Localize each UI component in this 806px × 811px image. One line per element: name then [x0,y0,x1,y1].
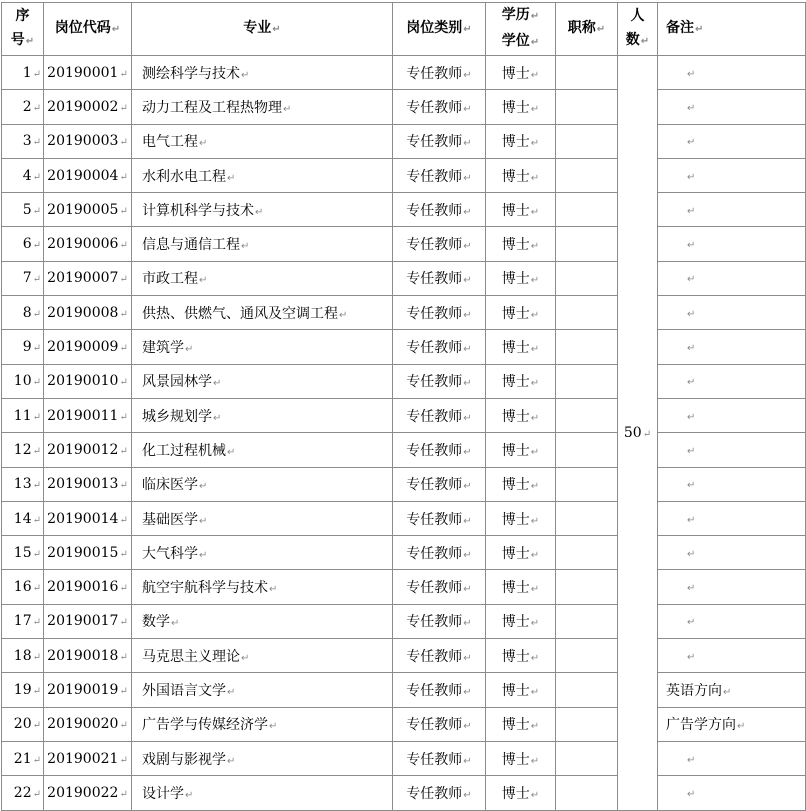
paragraph-mark-icon: ↵ [33,720,41,731]
cell-code: 20190008↵ [44,296,132,330]
recruitment-table: 序号↵ 岗位代码↵ 专业↵ 岗位类别↵ 学历↵学位↵ 职称↵ 人数↵ 备注↵ 1… [1,2,806,810]
cell-degree-text: 博士 [502,649,530,665]
cell-major: 设计学↵ [132,776,393,810]
cell-degree: 博士↵ [486,227,556,261]
cell-degree-text: 博士 [502,306,530,322]
table-row: 1↵20190001↵测绘科学与技术↵专任教师↵博士↵50↵↵ [2,56,806,90]
cell-no: 1↵ [2,56,44,90]
table-row: 7↵20190007↵市政工程↵专任教师↵博士↵↵ [2,261,806,295]
paragraph-mark-icon: ↵ [33,69,41,80]
cell-major-text: 外国语言文学 [142,683,226,699]
cell-no-text: 1 [23,65,32,81]
paragraph-mark-icon: ↵ [463,584,471,595]
cell-type: 专任教师↵ [393,707,486,741]
paragraph-mark-icon: ↵ [531,413,539,424]
paragraph-mark-icon: ↵ [119,720,127,731]
cell-no: 5↵ [2,193,44,227]
cell-code-text: 20190021 [47,751,118,767]
cell-degree: 博士↵ [486,398,556,432]
paragraph-mark-icon: ↵ [531,790,539,801]
cell-no-text: 10 [14,373,32,389]
paragraph-mark-icon: ↵ [119,274,127,285]
paragraph-mark-icon: ↵ [687,274,695,285]
paragraph-mark-icon: ↵ [687,480,695,491]
cell-note: ↵ [658,90,806,124]
cell-type: 专任教师↵ [393,467,486,501]
table-row: 12↵20190012↵化工过程机械↵专任教师↵博士↵↵ [2,433,806,467]
paragraph-mark-icon: ↵ [531,70,539,81]
cell-major-text: 建筑学 [142,340,184,356]
paragraph-mark-icon: ↵ [463,618,471,629]
paragraph-mark-icon: ↵ [687,137,695,148]
cell-no-text: 8 [23,305,32,321]
paragraph-mark-icon: ↵ [119,103,127,114]
paragraph-mark-icon: ↵ [687,617,695,628]
paragraph-mark-icon: ↵ [339,310,347,321]
paragraph-mark-icon: ↵ [687,343,695,354]
table-row: 14↵20190014↵基础医学↵专任教师↵博士↵↵ [2,501,806,535]
paragraph-mark-icon: ↵ [463,173,471,184]
paragraph-mark-icon: ↵ [463,447,471,458]
cell-note: ↵ [658,501,806,535]
paragraph-mark-icon: ↵ [199,138,207,149]
cell-major: 广告学与传媒经济学↵ [132,707,393,741]
cell-degree: 博士↵ [486,570,556,604]
cell-note-text: 英语方向 [666,683,722,699]
paragraph-mark-icon: ↵ [199,516,207,527]
paragraph-mark-icon: ↵ [119,240,127,251]
paragraph-mark-icon: ↵ [531,378,539,389]
paragraph-mark-icon: ↵ [119,515,127,526]
paragraph-mark-icon: ↵ [531,550,539,561]
header-note: 备注↵ [658,3,806,56]
cell-code-text: 20190007 [47,270,118,286]
table-body: 1↵20190001↵测绘科学与技术↵专任教师↵博士↵50↵↵2↵2019000… [2,56,806,811]
paragraph-mark-icon: ↵ [119,480,127,491]
cell-code: 20190011↵ [44,398,132,432]
cell-degree: 博士↵ [486,707,556,741]
paragraph-mark-icon: ↵ [531,447,539,458]
paragraph-mark-icon: ↵ [531,104,539,115]
cell-no-text: 3 [23,133,32,149]
cell-major-text: 电气工程 [142,134,198,150]
cell-major-text: 化工过程机械 [142,443,226,459]
paragraph-mark-icon: ↵ [33,789,41,800]
cell-degree: 博士↵ [486,673,556,707]
header-title-label: 职称 [568,20,596,36]
cell-type-text: 专任教师 [406,683,462,699]
cell-no-text: 11 [14,408,32,424]
cell-type: 专任教师↵ [393,501,486,535]
cell-degree: 博士↵ [486,193,556,227]
paragraph-mark-icon: ↵ [531,756,539,767]
cell-title [556,261,618,295]
paragraph-mark-icon: ↵ [531,275,539,286]
cell-no-text: 7 [23,270,32,286]
cell-no: 21↵ [2,741,44,775]
cell-note: ↵ [658,158,806,192]
cell-degree-text: 博士 [502,409,530,425]
paragraph-mark-icon: ↵ [119,69,127,80]
paragraph-mark-icon: ↵ [227,756,235,767]
paragraph-mark-icon: ↵ [695,24,703,35]
cell-code: 20190016↵ [44,570,132,604]
cell-no: 8↵ [2,296,44,330]
paragraph-mark-icon: ↵ [531,721,539,732]
cell-code-text: 20190002 [47,99,118,115]
cell-code-text: 20190015 [47,545,118,561]
cell-no-text: 12 [14,442,32,458]
header-code: 岗位代码↵ [44,3,132,56]
paragraph-mark-icon: ↵ [687,412,695,423]
cell-major: 临床医学↵ [132,467,393,501]
cell-code-text: 20190013 [47,476,118,492]
cell-no: 3↵ [2,124,44,158]
header-count-line1: 人 [630,8,644,24]
cell-code-text: 20190014 [47,511,118,527]
cell-code: 20190015↵ [44,536,132,570]
cell-code: 20190013↵ [44,467,132,501]
cell-degree: 博士↵ [486,467,556,501]
paragraph-mark-icon: ↵ [119,172,127,183]
header-row: 序号↵ 岗位代码↵ 专业↵ 岗位类别↵ 学历↵学位↵ 职称↵ 人数↵ 备注↵ [2,3,806,56]
paragraph-mark-icon: ↵ [643,429,651,440]
paragraph-mark-icon: ↵ [463,241,471,252]
cell-degree-text: 博士 [502,717,530,733]
cell-no: 15↵ [2,536,44,570]
table-row: 10↵20190010↵风景园林学↵专任教师↵博士↵↵ [2,364,806,398]
cell-code: 20190019↵ [44,673,132,707]
cell-title [556,467,618,501]
paragraph-mark-icon: ↵ [531,584,539,595]
cell-code: 20190006↵ [44,227,132,261]
cell-major-text: 临床医学 [142,477,198,493]
cell-degree-text: 博士 [502,271,530,287]
paragraph-mark-icon: ↵ [463,721,471,732]
paragraph-mark-icon: ↵ [185,790,193,801]
cell-degree-text: 博士 [502,237,530,253]
cell-title [556,330,618,364]
cell-degree-text: 博士 [502,580,530,596]
paragraph-mark-icon: ↵ [463,481,471,492]
paragraph-mark-icon: ↵ [33,343,41,354]
cell-no: 14↵ [2,501,44,535]
cell-title [556,433,618,467]
cell-major-text: 计算机科学与技术 [142,203,254,219]
cell-title [556,124,618,158]
paragraph-mark-icon: ↵ [463,653,471,664]
table-row: 16↵20190016↵航空宇航科学与技术↵专任教师↵博士↵↵ [2,570,806,604]
header-degree: 学历↵学位↵ [486,3,556,56]
cell-type-text: 专任教师 [406,546,462,562]
cell-type: 专任教师↵ [393,673,486,707]
paragraph-mark-icon: ↵ [283,104,291,115]
paragraph-mark-icon: ↵ [463,756,471,767]
cell-title [556,707,618,741]
cell-degree-text: 博士 [502,169,530,185]
paragraph-mark-icon: ↵ [531,207,539,218]
header-title: 职称↵ [556,3,618,56]
cell-type-text: 专任教师 [406,752,462,768]
cell-code-text: 20190017 [47,613,118,629]
paragraph-mark-icon: ↵ [33,137,41,148]
cell-code: 20190001↵ [44,56,132,90]
paragraph-mark-icon: ↵ [463,687,471,698]
cell-degree: 博士↵ [486,604,556,638]
cell-type: 专任教师↵ [393,398,486,432]
cell-major: 计算机科学与技术↵ [132,193,393,227]
cell-note: ↵ [658,570,806,604]
cell-major-text: 基础医学 [142,512,198,528]
table-row: 3↵20190003↵电气工程↵专任教师↵博士↵↵ [2,124,806,158]
paragraph-mark-icon: ↵ [33,515,41,526]
paragraph-mark-icon: ↵ [531,310,539,321]
cell-type: 专任教师↵ [393,56,486,90]
table-row: 8↵20190008↵供热、供燃气、通风及空调工程↵专任教师↵博士↵↵ [2,296,806,330]
paragraph-mark-icon: ↵ [199,275,207,286]
paragraph-mark-icon: ↵ [33,755,41,766]
cell-code-text: 20190003 [47,133,118,149]
cell-major-text: 数学 [142,614,170,630]
cell-title [556,570,618,604]
cell-code-text: 20190006 [47,236,118,252]
paragraph-mark-icon: ↵ [33,686,41,697]
cell-degree-text: 博士 [502,477,530,493]
paragraph-mark-icon: ↵ [241,241,249,252]
paragraph-mark-icon: ↵ [531,173,539,184]
cell-code-text: 20190005 [47,202,118,218]
cell-code: 20190004↵ [44,158,132,192]
paragraph-mark-icon: ↵ [119,583,127,594]
cell-title [556,296,618,330]
paragraph-mark-icon: ↵ [33,240,41,251]
cell-no-text: 2 [23,99,32,115]
paragraph-mark-icon: ↵ [227,687,235,698]
paragraph-mark-icon: ↵ [463,550,471,561]
paragraph-mark-icon: ↵ [687,103,695,114]
cell-note: ↵ [658,364,806,398]
paragraph-mark-icon: ↵ [33,617,41,628]
table-row: 22↵20190022↵设计学↵专任教师↵博士↵↵ [2,776,806,810]
paragraph-mark-icon: ↵ [33,446,41,457]
cell-degree: 博士↵ [486,536,556,570]
table-row: 6↵20190006↵信息与通信工程↵专任教师↵博士↵↵ [2,227,806,261]
cell-no: 6↵ [2,227,44,261]
header-code-label: 岗位代码 [55,20,111,36]
cell-type: 专任教师↵ [393,124,486,158]
paragraph-mark-icon: ↵ [531,11,539,22]
cell-type-text: 专任教师 [406,340,462,356]
header-count-line2: 数 [626,32,640,48]
cell-type: 专任教师↵ [393,158,486,192]
table-row: 20↵20190020↵广告学与传媒经济学↵专任教师↵博士↵广告学方向↵ [2,707,806,741]
cell-major-text: 水利水电工程 [142,169,226,185]
cell-degree: 博士↵ [486,56,556,90]
paragraph-mark-icon: ↵ [213,378,221,389]
cell-note: ↵ [658,433,806,467]
cell-type: 专任教师↵ [393,536,486,570]
cell-title [556,741,618,775]
cell-title [556,56,618,90]
paragraph-mark-icon: ↵ [33,412,41,423]
cell-note: ↵ [658,124,806,158]
cell-major-text: 市政工程 [142,271,198,287]
cell-code: 20190017↵ [44,604,132,638]
cell-type: 专任教师↵ [393,639,486,673]
cell-code: 20190010↵ [44,364,132,398]
cell-code: 20190022↵ [44,776,132,810]
cell-code: 20190020↵ [44,707,132,741]
cell-degree: 博士↵ [486,433,556,467]
paragraph-mark-icon: ↵ [119,617,127,628]
cell-major: 测绘科学与技术↵ [132,56,393,90]
table-row: 2↵20190002↵动力工程及工程热物理↵专任教师↵博士↵↵ [2,90,806,124]
cell-major: 供热、供燃气、通风及空调工程↵ [132,296,393,330]
paragraph-mark-icon: ↵ [687,515,695,526]
cell-type: 专任教师↵ [393,193,486,227]
cell-code-text: 20190020 [47,716,118,732]
cell-major: 马克思主义理论↵ [132,639,393,673]
cell-no-text: 17 [14,613,32,629]
cell-title [556,501,618,535]
cell-major: 大气科学↵ [132,536,393,570]
cell-major: 化工过程机械↵ [132,433,393,467]
cell-title [556,604,618,638]
paragraph-mark-icon: ↵ [119,377,127,388]
cell-note: ↵ [658,536,806,570]
cell-degree-text: 博士 [502,203,530,219]
cell-no-text: 9 [23,339,32,355]
paragraph-mark-icon: ↵ [687,755,695,766]
table-row: 18↵20190018↵马克思主义理论↵专任教师↵博士↵↵ [2,639,806,673]
paragraph-mark-icon: ↵ [269,584,277,595]
cell-no: 4↵ [2,158,44,192]
cell-degree-text: 博士 [502,340,530,356]
cell-code-text: 20190018 [47,648,118,664]
cell-no: 11↵ [2,398,44,432]
paragraph-mark-icon: ↵ [171,618,179,629]
cell-no: 19↵ [2,673,44,707]
header-degree-line2: 学位 [502,33,530,49]
cell-type: 专任教师↵ [393,227,486,261]
cell-type-text: 专任教师 [406,169,462,185]
cell-degree-text: 博士 [502,443,530,459]
cell-code: 20190003↵ [44,124,132,158]
cell-title [556,639,618,673]
cell-major: 信息与通信工程↵ [132,227,393,261]
cell-major-text: 城乡规划学 [142,409,212,425]
cell-no-text: 18 [14,648,32,664]
paragraph-mark-icon: ↵ [33,583,41,594]
header-major-label: 专业 [243,20,271,36]
cell-degree: 博士↵ [486,639,556,673]
table-row: 15↵20190015↵大气科学↵专任教师↵博士↵↵ [2,536,806,570]
paragraph-mark-icon: ↵ [463,70,471,81]
cell-title [556,364,618,398]
cell-degree: 博士↵ [486,296,556,330]
header-count: 人数↵ [618,3,658,56]
paragraph-mark-icon: ↵ [687,583,695,594]
paragraph-mark-icon: ↵ [463,138,471,149]
cell-type-text: 专任教师 [406,614,462,630]
cell-type-text: 专任教师 [406,66,462,82]
paragraph-mark-icon: ↵ [227,447,235,458]
cell-type: 专任教师↵ [393,330,486,364]
cell-major: 市政工程↵ [132,261,393,295]
cell-major-text: 航空宇航科学与技术 [142,580,268,596]
table-row: 9↵20190009↵建筑学↵专任教师↵博士↵↵ [2,330,806,364]
cell-note: ↵ [658,296,806,330]
cell-type-text: 专任教师 [406,306,462,322]
cell-note: 英语方向↵ [658,673,806,707]
cell-note: ↵ [658,776,806,810]
cell-note: ↵ [658,604,806,638]
cell-major: 电气工程↵ [132,124,393,158]
cell-major-text: 戏剧与影视学 [142,752,226,768]
cell-note: 广告学方向↵ [658,707,806,741]
paragraph-mark-icon: ↵ [185,344,193,355]
paragraph-mark-icon: ↵ [33,377,41,388]
cell-title [556,227,618,261]
paragraph-mark-icon: ↵ [33,652,41,663]
paragraph-mark-icon: ↵ [33,172,41,183]
cell-no: 22↵ [2,776,44,810]
paragraph-mark-icon: ↵ [199,481,207,492]
table-row: 17↵20190017↵数学↵专任教师↵博士↵↵ [2,604,806,638]
cell-major: 水利水电工程↵ [132,158,393,192]
cell-degree: 博士↵ [486,330,556,364]
cell-code: 20190002↵ [44,90,132,124]
paragraph-mark-icon: ↵ [687,172,695,183]
cell-no: 16↵ [2,570,44,604]
paragraph-mark-icon: ↵ [687,377,695,388]
cell-type-text: 专任教师 [406,443,462,459]
cell-no-text: 5 [23,202,32,218]
cell-degree-text: 博士 [502,100,530,116]
cell-type-text: 专任教师 [406,512,462,528]
cell-title [556,193,618,227]
cell-code: 20190014↵ [44,501,132,535]
cell-type-text: 专任教师 [406,786,462,802]
paragraph-mark-icon: ↵ [119,137,127,148]
cell-code-text: 20190001 [47,65,118,81]
paragraph-mark-icon: ↵ [241,70,249,81]
cell-code: 20190012↵ [44,433,132,467]
cell-no-text: 22 [14,785,32,801]
cell-no: 18↵ [2,639,44,673]
cell-type-text: 专任教师 [406,717,462,733]
cell-major-text: 设计学 [142,786,184,802]
cell-major: 基础医学↵ [132,501,393,535]
header-type-label: 岗位类别 [406,20,462,36]
paragraph-mark-icon: ↵ [119,549,127,560]
cell-type-text: 专任教师 [406,580,462,596]
paragraph-mark-icon: ↵ [199,550,207,561]
cell-code: 20190021↵ [44,741,132,775]
cell-degree-text: 博士 [502,374,530,390]
cell-code-text: 20190004 [47,168,118,184]
cell-major-text: 广告学与传媒经济学 [142,717,268,733]
paragraph-mark-icon: ↵ [463,378,471,389]
cell-type-text: 专任教师 [406,100,462,116]
cell-no: 7↵ [2,261,44,295]
table-row: 19↵20190019↵外国语言文学↵专任教师↵博士↵英语方向↵ [2,673,806,707]
header-no-line1: 序 [15,8,29,24]
cell-code-text: 20190022 [47,785,118,801]
paragraph-mark-icon: ↵ [119,789,127,800]
cell-no: 17↵ [2,604,44,638]
cell-code-text: 20190008 [47,305,118,321]
